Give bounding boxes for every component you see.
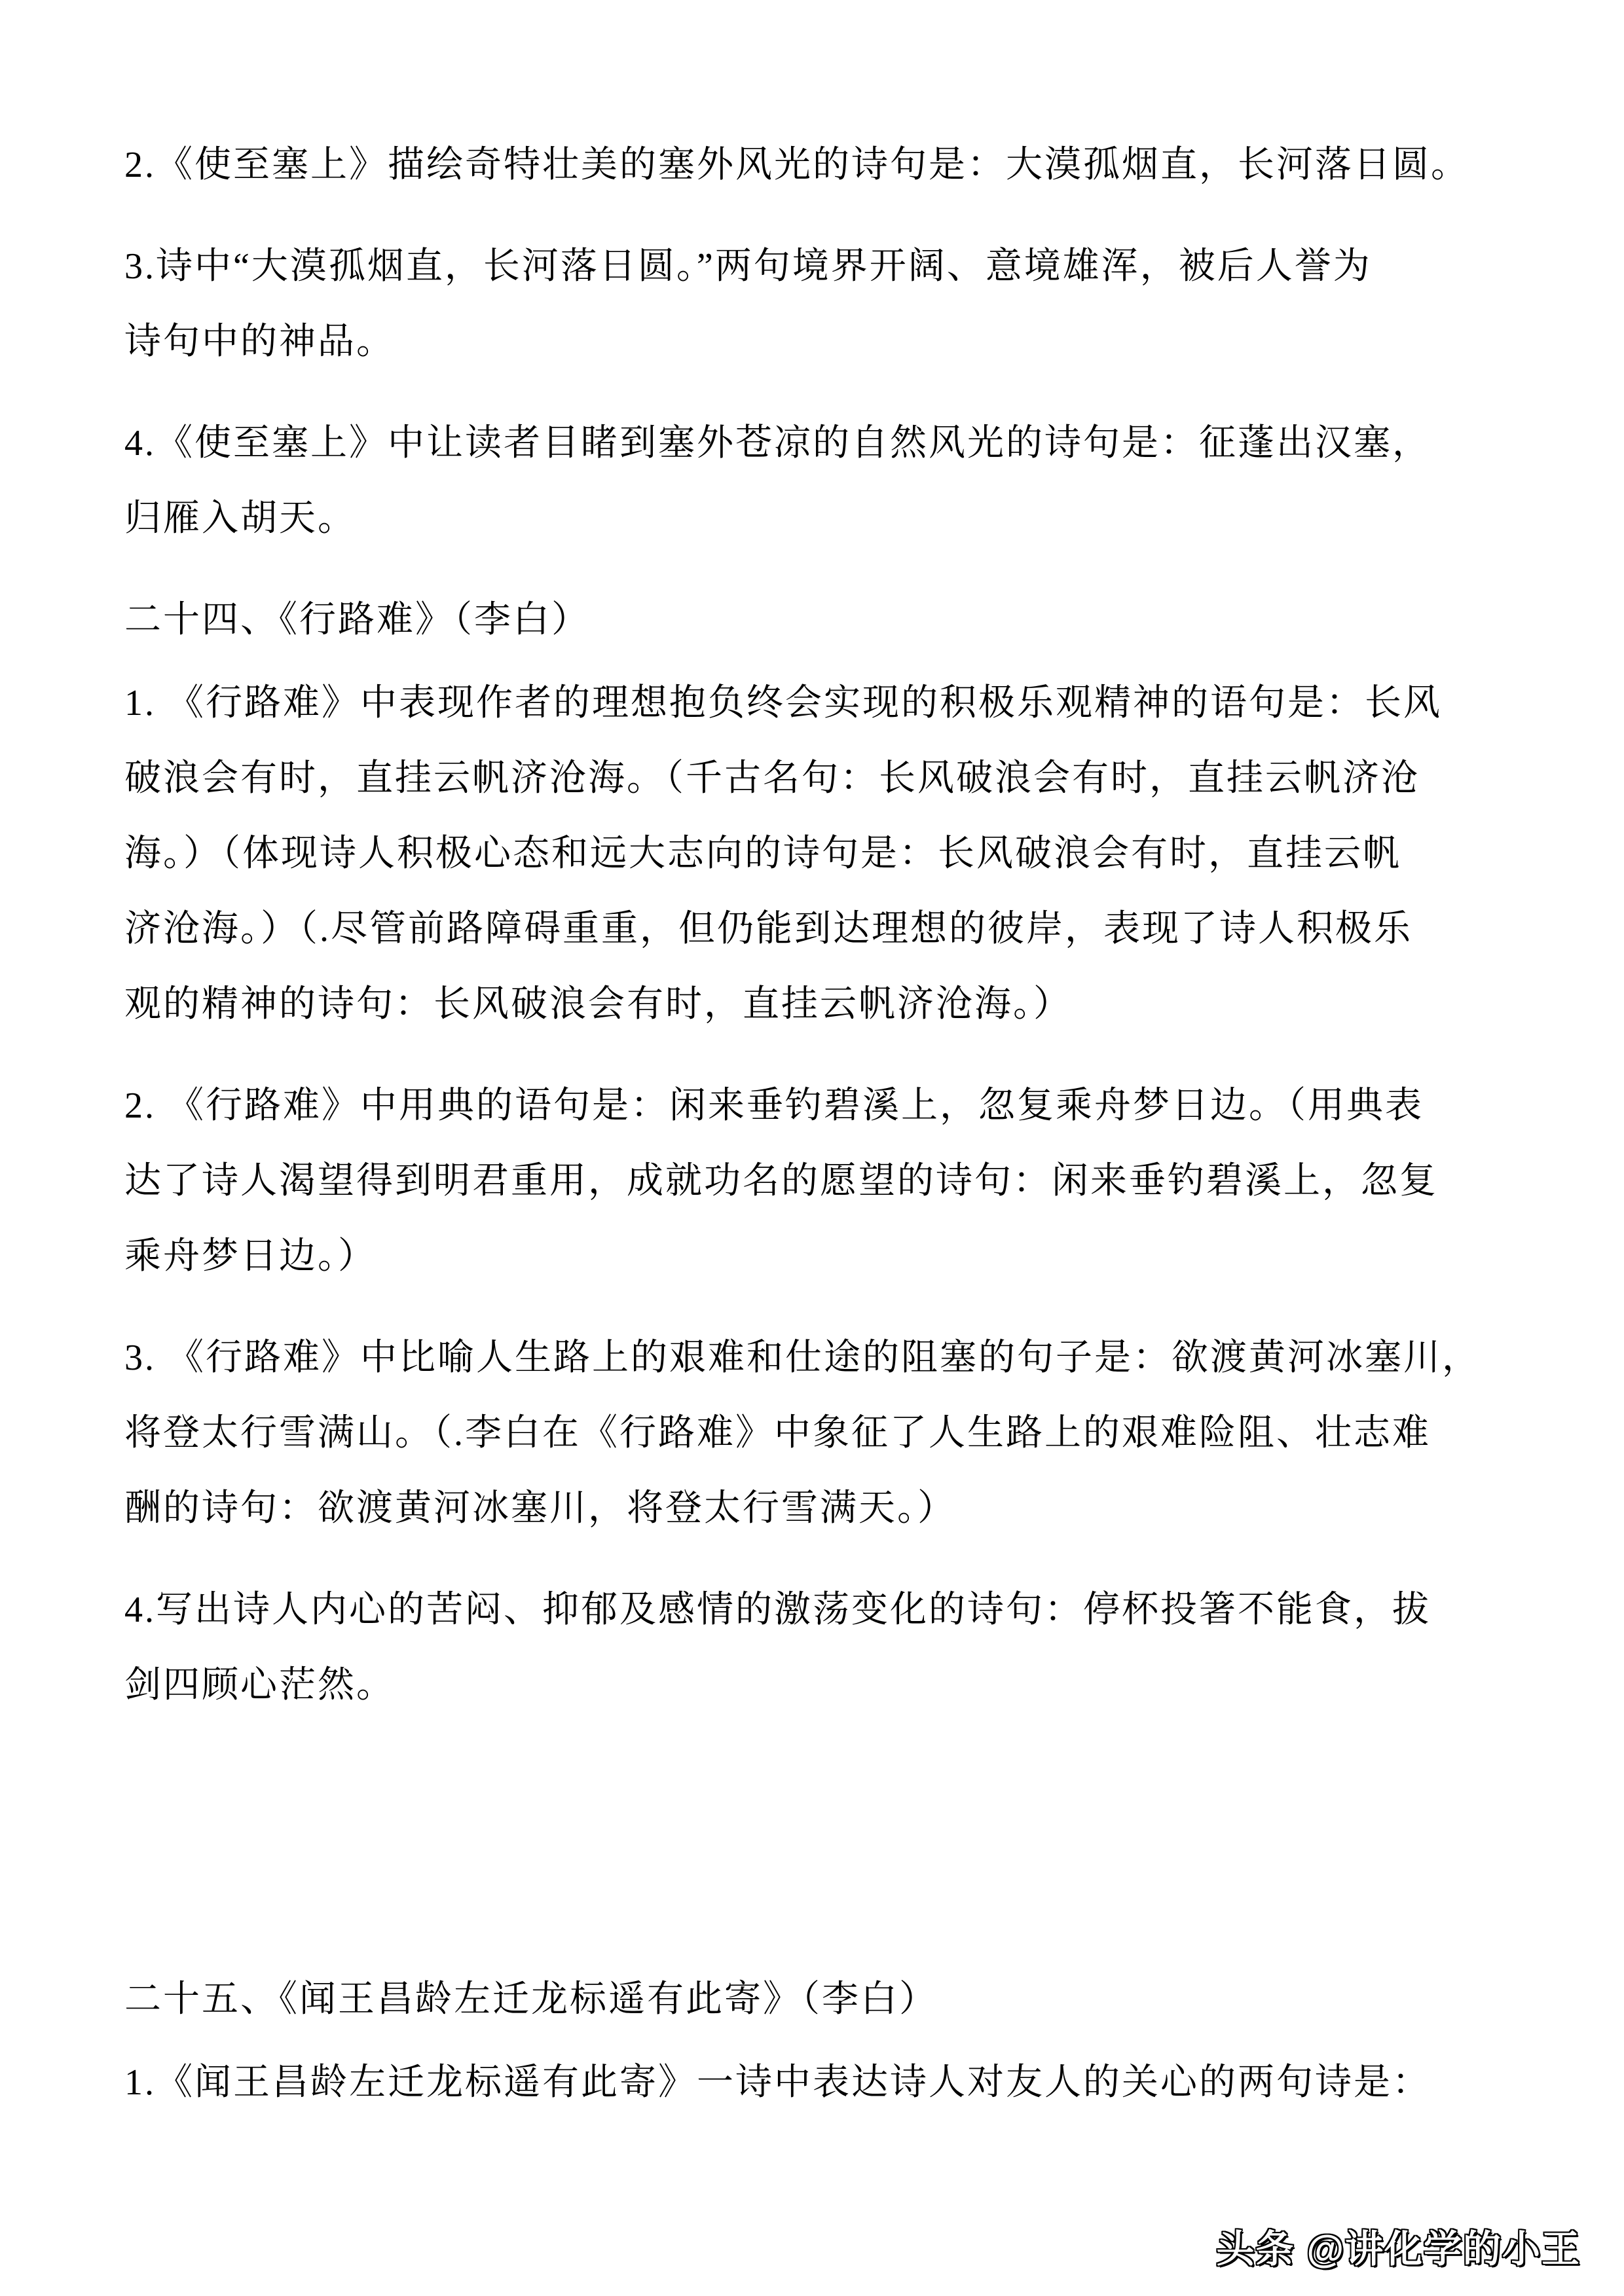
text-line: 海。）（体现诗人积极心态和远大志向的诗句是：长风破浪会有时，直挂云帆 <box>124 816 1506 892</box>
text-line: 4.写出诗人内心的苦闷、抑郁及感情的激荡变化的诗句：停杯投箸不能食，拔 <box>124 1573 1506 1648</box>
paragraph: 2. 《行路难》中用典的语句是：闲来垂钓碧溪上，忽复乘舟梦日边。（用典表达了诗人… <box>124 1068 1506 1294</box>
text-line: 破浪会有时，直挂云帆济沧海。（千古名句：长风破浪会有时，直挂云帆济沧 <box>124 741 1506 816</box>
text-line: 济沧海。）（.尽管前路障碍重重，但仍能到达理想的彼岸，表现了诗人积极乐 <box>124 892 1506 967</box>
text-line: 4.《使至塞上》中让读者目睹到塞外苍凉的自然风光的诗句是：征蓬出汉塞， <box>124 406 1506 481</box>
text-line: 乘舟梦日边。） <box>124 1219 1506 1294</box>
paragraph: 3.诗中“大漠孤烟直，长河落日圆。”两句境界开阔、意境雄浑，被后人誉为诗句中的神… <box>124 229 1506 380</box>
text-line: 1.《闻王昌龄左迁龙标遥有此寄》一诗中表达诗人对友人的关心的两句诗是： <box>124 2045 1506 2121</box>
text-line: 二十四、《行路难》（李白） <box>124 583 1506 658</box>
text-line: 2. 《行路难》中用典的语句是：闲来垂钓碧溪上，忽复乘舟梦日边。（用典表 <box>124 1068 1506 1144</box>
text-line: 剑四顾心茫然。 <box>124 1648 1506 1723</box>
section-heading: 二十四、《行路难》（李白） <box>124 583 1506 658</box>
section-heading: 二十五、《闻王昌龄左迁龙标遥有此寄》（李白） <box>124 1962 1506 2037</box>
document-body: 2.《使至塞上》描绘奇特壮美的塞外风光的诗句是：大漠孤烟直，长河落日圆。3.诗中… <box>124 128 1506 2121</box>
paragraph: 1. 《行路难》中表现作者的理想抱负终会实现的积极乐观精神的语句是：长风破浪会有… <box>124 666 1506 1042</box>
page: 2.《使至塞上》描绘奇特壮美的塞外风光的诗句是：大漠孤烟直，长河落日圆。3.诗中… <box>0 0 1624 2296</box>
paragraph: 2.《使至塞上》描绘奇特壮美的塞外风光的诗句是：大漠孤烟直，长河落日圆。 <box>124 128 1506 203</box>
text-line: 1. 《行路难》中表现作者的理想抱负终会实现的积极乐观精神的语句是：长风 <box>124 666 1506 741</box>
text-line: 将登太行雪满山。（.李白在《行路难》中象征了人生路上的艰难险阻、壮志难 <box>124 1396 1506 1471</box>
paragraph: 1.《闻王昌龄左迁龙标遥有此寄》一诗中表达诗人对友人的关心的两句诗是： <box>124 2045 1506 2121</box>
text-line: 二十五、《闻王昌龄左迁龙标遥有此寄》（李白） <box>124 1962 1506 2037</box>
text-line: 3.诗中“大漠孤烟直，长河落日圆。”两句境界开阔、意境雄浑，被后人誉为 <box>124 229 1506 304</box>
text-line: 酬的诗句：欲渡黄河冰塞川，将登太行雪满天。） <box>124 1471 1506 1546</box>
text-line: 观的精神的诗句：长风破浪会有时，直挂云帆济沧海。） <box>124 967 1506 1042</box>
paragraph: 4.《使至塞上》中让读者目睹到塞外苍凉的自然风光的诗句是：征蓬出汉塞，归雁入胡天… <box>124 406 1506 556</box>
text-line: 达了诗人渴望得到明君重用，成就功名的愿望的诗句：闲来垂钓碧溪上，忽复 <box>124 1144 1506 1219</box>
section-spacer <box>124 1749 1506 1962</box>
text-line: 诗句中的神品。 <box>124 304 1506 380</box>
text-line: 2.《使至塞上》描绘奇特壮美的塞外风光的诗句是：大漠孤烟直，长河落日圆。 <box>124 128 1506 203</box>
text-line: 归雁入胡天。 <box>124 481 1506 556</box>
text-line: 3. 《行路难》中比喻人生路上的艰难和仕途的阻塞的句子是：欲渡黄河冰塞川， <box>124 1321 1506 1396</box>
watermark: 头条 @讲化学的小王 <box>1216 2218 1581 2273</box>
paragraph: 3. 《行路难》中比喻人生路上的艰难和仕途的阻塞的句子是：欲渡黄河冰塞川，将登太… <box>124 1321 1506 1546</box>
paragraph: 4.写出诗人内心的苦闷、抑郁及感情的激荡变化的诗句：停杯投箸不能食，拔剑四顾心茫… <box>124 1573 1506 1723</box>
